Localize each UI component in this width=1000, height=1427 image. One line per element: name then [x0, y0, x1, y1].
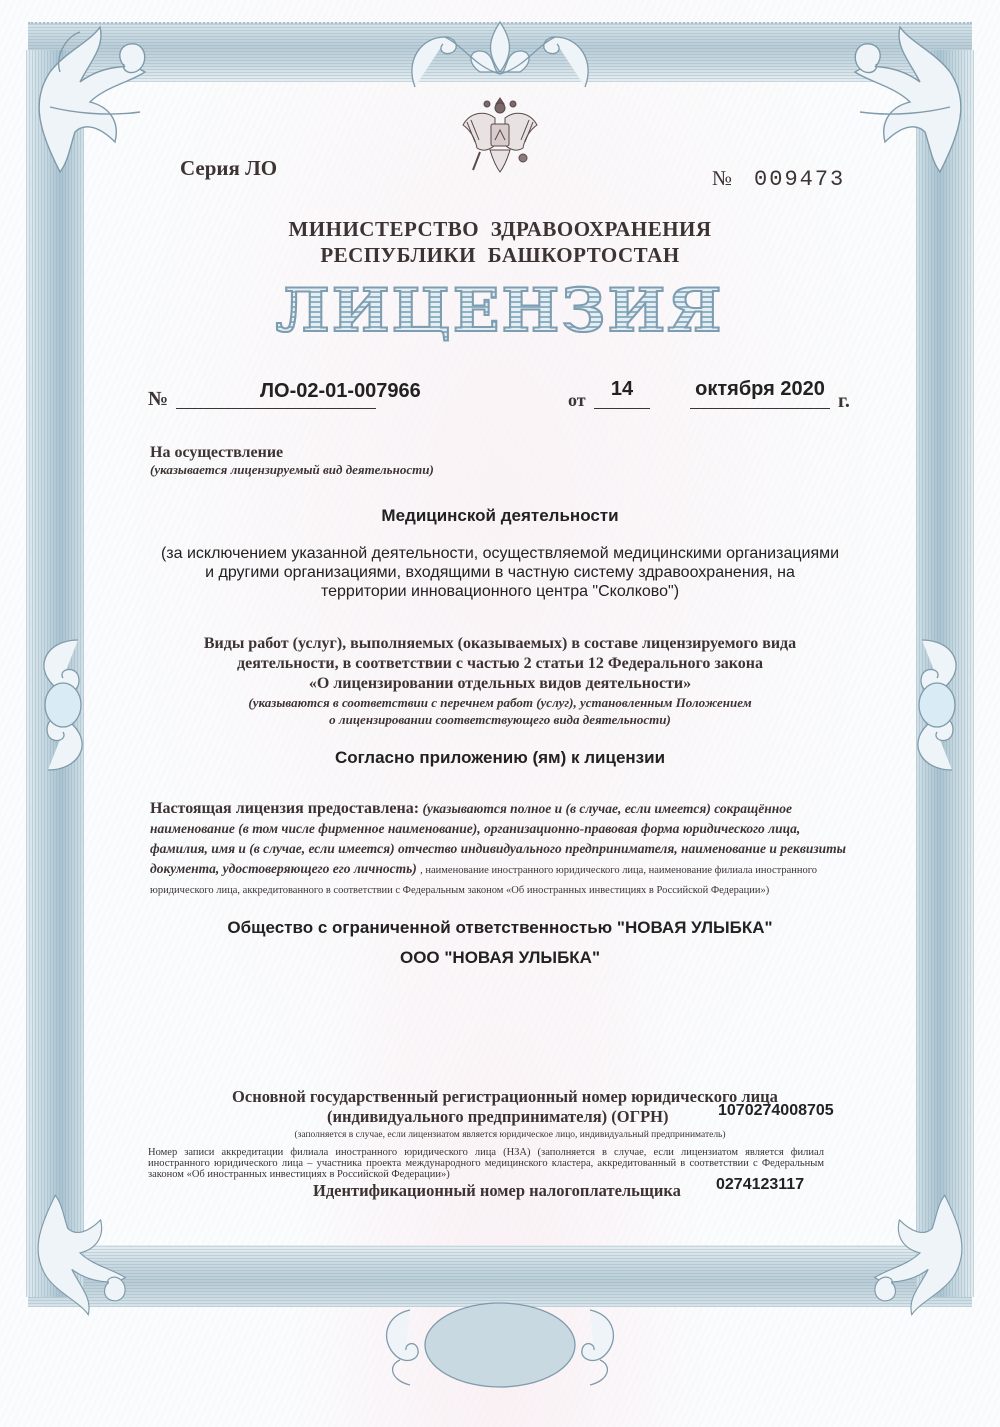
- authority-line-1: МИНИСТЕРСТВО ЗДРАВООХРАНЕНИЯ: [0, 216, 1000, 242]
- exception-line: территории инновационного центра "Сколко…: [0, 582, 1000, 601]
- document-title: ЛИЦЕНЗИЯ: [0, 276, 1000, 346]
- works-value: Согласно приложению (ям) к лицензии: [0, 748, 1000, 768]
- year-suffix: г.: [838, 390, 850, 413]
- reg-number-sign: №: [148, 388, 168, 411]
- exception-line: (за исключением указанной деятельности, …: [0, 544, 1000, 563]
- reg-number-underline: [176, 408, 376, 409]
- authority-line-2: РЕСПУБЛИКИ БАШКОРТОСТАН: [0, 242, 1000, 268]
- works-line: «О лицензировании отдельных видов деятел…: [0, 674, 1000, 694]
- activity-heading-note: (указывается лицензируемый вид деятельно…: [150, 462, 434, 478]
- works-heading: Виды работ (услуг), выполняемых (оказыва…: [0, 634, 1000, 694]
- issue-month-year: октября 2020: [685, 378, 835, 401]
- inn-value: 0274123117: [716, 1176, 804, 1194]
- company-full-name: Общество с ограниченной ответственностью…: [0, 918, 1000, 938]
- ogrn-note: (заполняется в случае, если лицензиатом …: [0, 1130, 1000, 1140]
- works-note: (указываются в соответствии с перечнем р…: [0, 694, 1000, 728]
- licensee-heading: Настоящая лицензия предоставлена:: [150, 800, 419, 817]
- license-number: ЛО-02-01-007966: [176, 380, 476, 403]
- works-line: Виды работ (услуг), выполняемых (оказыва…: [0, 634, 1000, 654]
- company-short-name: ООО "НОВАЯ УЛЫБКА": [0, 948, 1000, 968]
- exception-line: и другими организациями, входящими в час…: [0, 563, 1000, 582]
- activity-heading: На осуществление: [150, 444, 283, 462]
- works-note-line: о лицензировании соответствующего вида д…: [0, 711, 1000, 728]
- issue-day: 14: [594, 378, 650, 401]
- works-note-line: (указываются в соответствии с перечнем р…: [0, 694, 1000, 711]
- ogrn-label-line-2: (индивидуального предпринимателя) (ОГРН): [327, 1107, 669, 1127]
- works-line: деятельности, в соответствии с частью 2 …: [0, 654, 1000, 674]
- ogrn-value: 1070274008705: [718, 1102, 834, 1120]
- month-underline: [690, 408, 830, 409]
- number-sign: №: [712, 166, 732, 190]
- series-label: Серия ЛО: [180, 156, 277, 181]
- day-underline: [594, 408, 650, 409]
- inn-label: Идентификационный номер налогоплательщик…: [313, 1181, 681, 1201]
- document-title-text: ЛИЦЕНЗИЯ: [276, 276, 724, 346]
- issuing-authority: МИНИСТЕРСТВО ЗДРАВООХРАНЕНИЯ РЕСПУБЛИКИ …: [0, 216, 1000, 268]
- ogrn-label-line-1: Основной государственный регистрационный…: [0, 1087, 1000, 1107]
- serial-number-value: 009473: [754, 167, 845, 192]
- serial-number: №009473: [712, 166, 845, 192]
- russian-coat-of-arms-icon: [455, 90, 545, 180]
- licensee-section: Настоящая лицензия предоставлена: (указы…: [150, 799, 855, 899]
- licensed-activity: Медицинской деятельности: [0, 506, 1000, 526]
- activity-exception: (за исключением указанной деятельности, …: [0, 544, 1000, 601]
- from-label: от: [568, 390, 586, 411]
- registration-row: № ЛО-02-01-007966 от 14 октября 2020 г.: [0, 370, 1000, 420]
